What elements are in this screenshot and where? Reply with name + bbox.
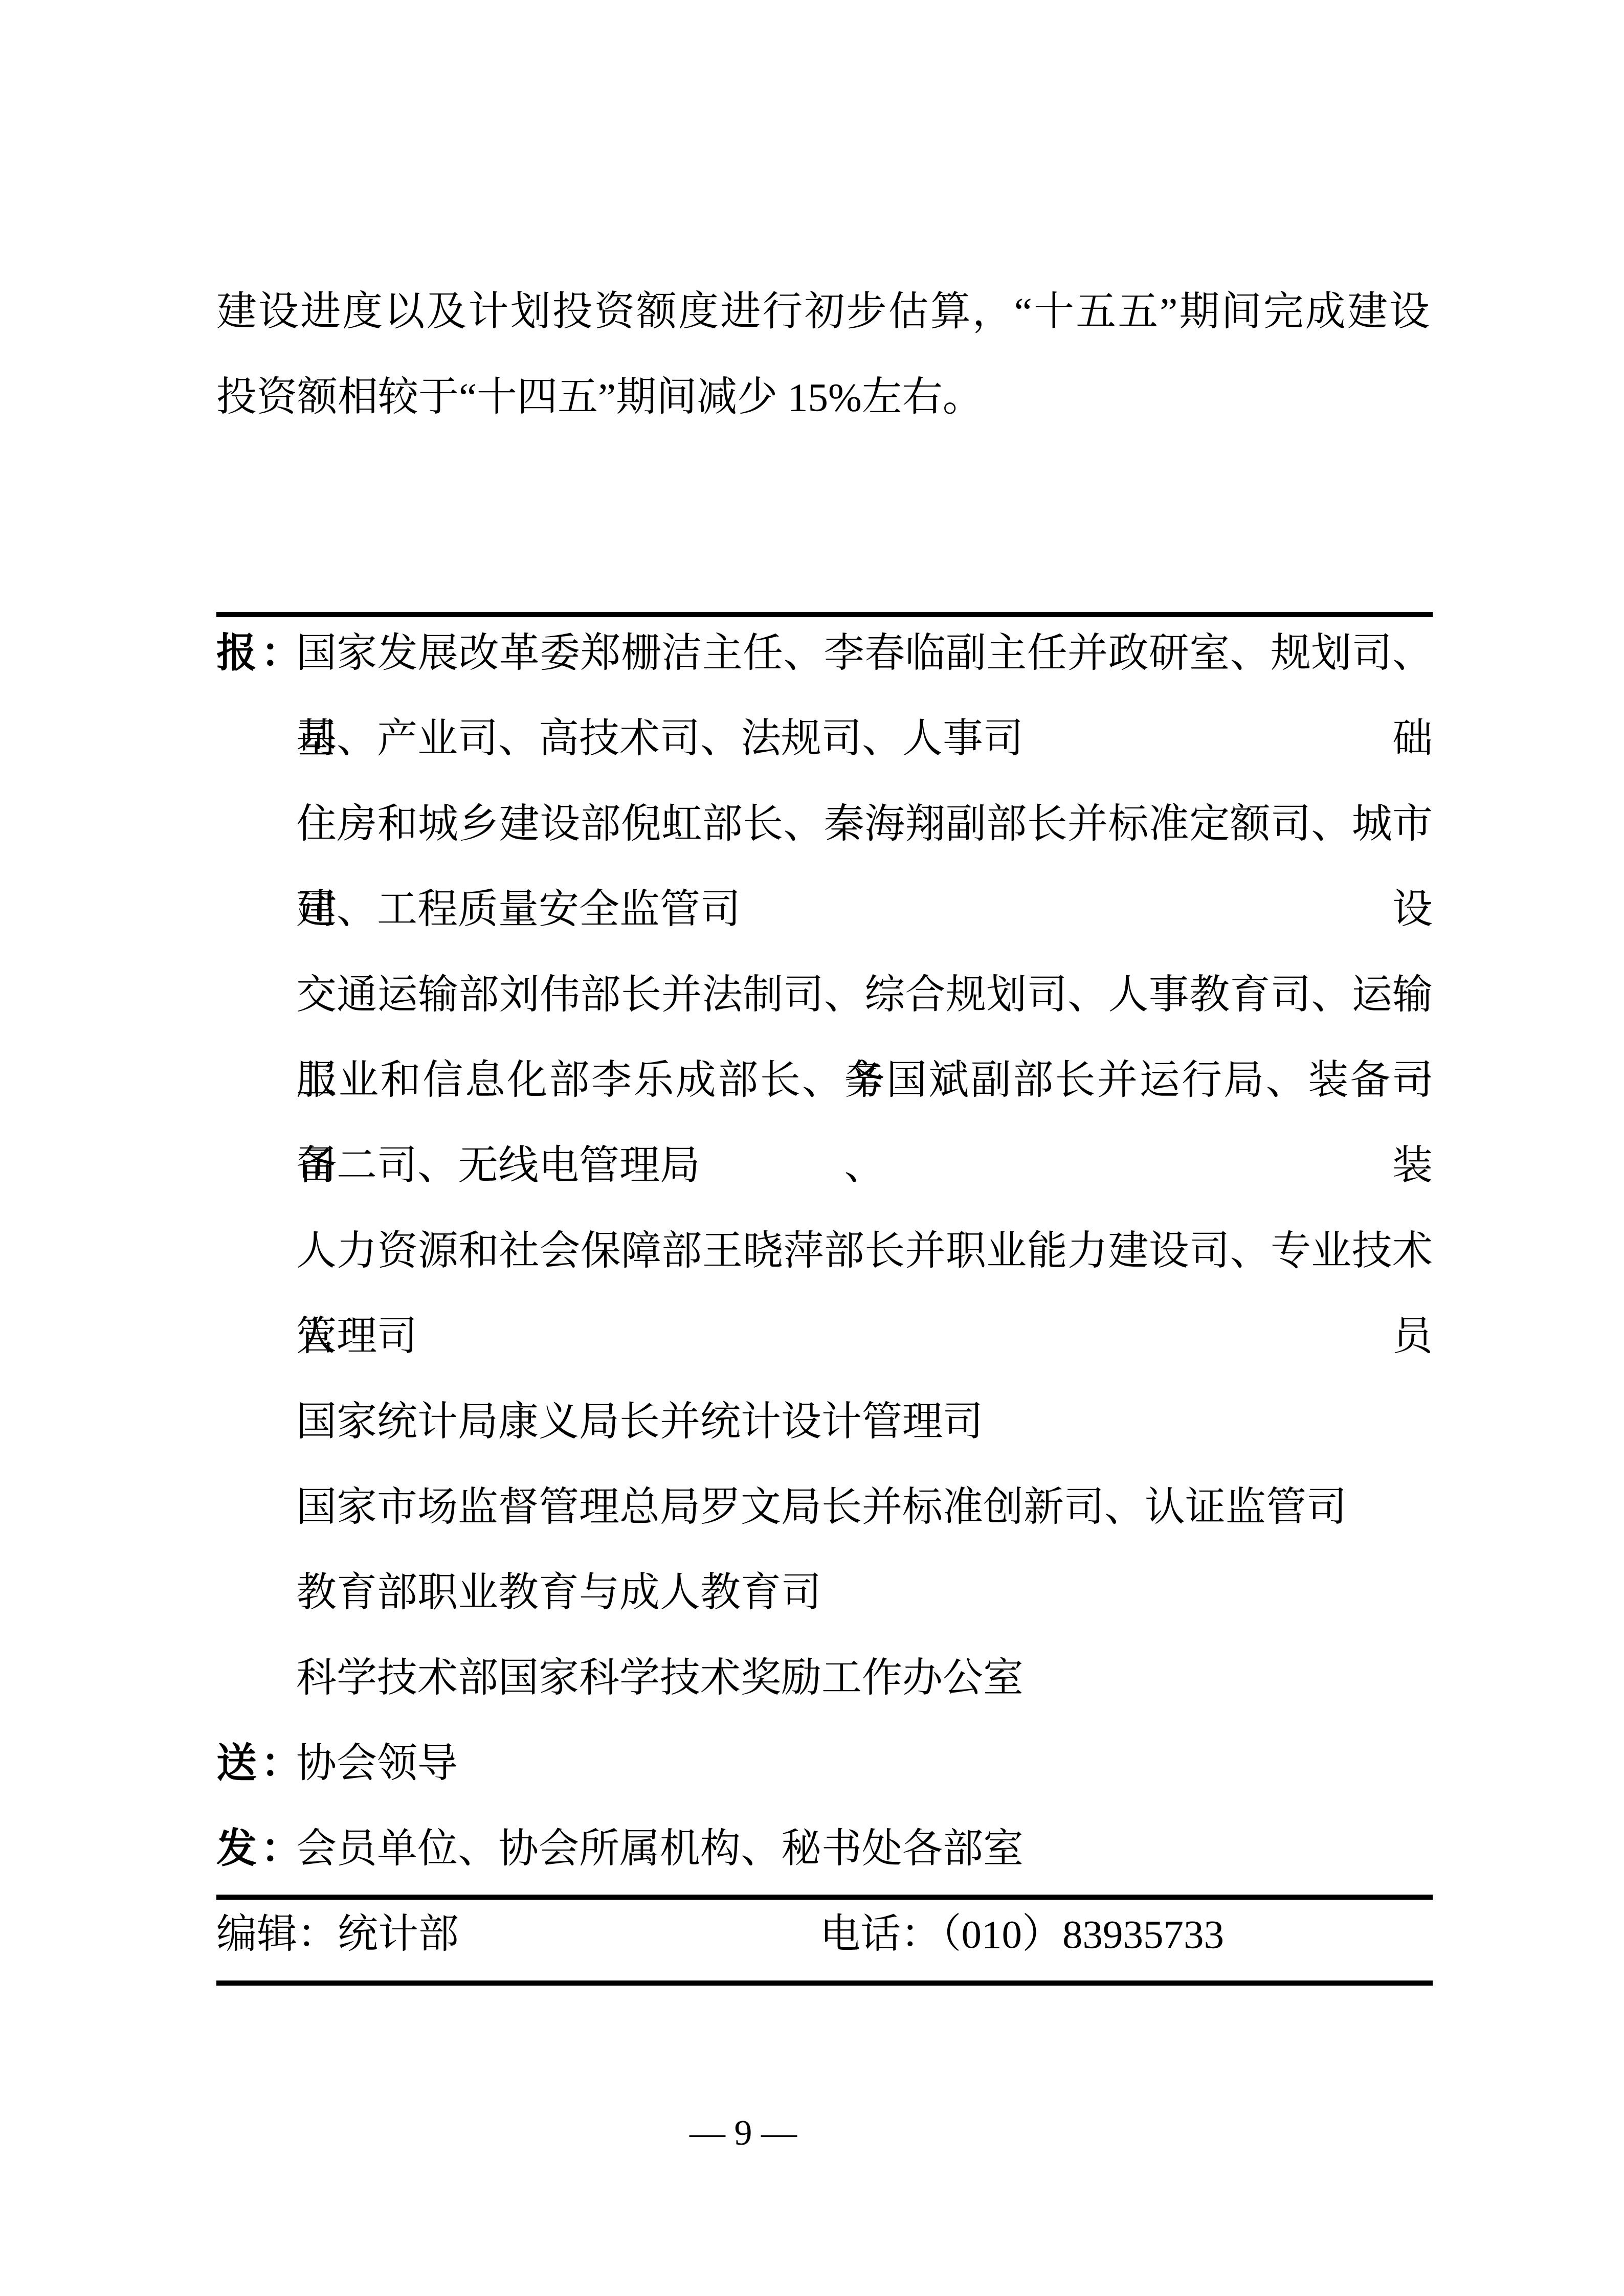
issue-row: 发： 会员单位、协会所属机构、秘书处各部室 xyxy=(216,1807,1433,1892)
issue-label: 发： xyxy=(216,1807,296,1892)
report-line: 人力资源和社会保障部王晓萍部长并职业能力建设司、专业技术人员 xyxy=(296,1209,1433,1294)
body-paragraph: 建设进度以及计划投资额度进行初步估算，“十五五”期间完成建设 投资额相较于“十四… xyxy=(216,269,1430,440)
report-row: 人力资源和社会保障部王晓萍部长并职业能力建设司、专业技术人员 xyxy=(216,1209,1433,1294)
page-number: — 9 — xyxy=(487,2111,999,2156)
report-row: 司、产业司、高技术司、法规司、人事司 xyxy=(216,696,1433,782)
report-row: 科学技术部国家科学技术奖励工作办公室 xyxy=(216,1636,1433,1721)
report-line: 司、产业司、高技术司、法规司、人事司 xyxy=(296,696,1433,782)
report-row: 国家市场监督管理总局罗文局长并标准创新司、认证监管司 xyxy=(216,1465,1433,1550)
issue-line: 会员单位、协会所属机构、秘书处各部室 xyxy=(296,1807,1433,1892)
phone-label: 电话： xyxy=(820,1912,941,1957)
report-row: 工业和信息化部李乐成部长、辛国斌副部长并运行局、装备一司、装 xyxy=(216,1038,1433,1123)
report-line: 教育部职业教育与成人教育司 xyxy=(296,1550,1433,1636)
phone-field: 电话：（010）83935733 xyxy=(820,1892,1433,1977)
report-row: 住房和城乡建设部倪虹部长、秦海翔副部长并标准定额司、城市建设 xyxy=(216,782,1433,867)
report-line: 国家统计局康义局长并统计设计管理司 xyxy=(296,1380,1433,1465)
editor-value: 统计部 xyxy=(338,1912,459,1957)
report-line: 工业和信息化部李乐成部长、辛国斌副部长并运行局、装备一司、装 xyxy=(296,1038,1433,1123)
report-row: 备二司、无线电管理局 xyxy=(216,1123,1433,1209)
footer: 编辑：统计部 电话：（010）83935733 xyxy=(216,1892,1433,1977)
editor-label: 编辑： xyxy=(216,1912,338,1957)
report-line: 住房和城乡建设部倪虹部长、秦海翔副部长并标准定额司、城市建设 xyxy=(296,782,1433,867)
editor-field: 编辑：统计部 xyxy=(216,1892,820,1977)
distribution-block: 报： 国家发展改革委郑栅洁主任、李春临副主任并政研室、规划司、基础 司、产业司、… xyxy=(216,611,1433,1892)
phone-value: （010）83935733 xyxy=(941,1912,1224,1957)
report-line: 司、工程质量安全监管司 xyxy=(296,867,1433,953)
report-row: 报： 国家发展改革委郑栅洁主任、李春临副主任并政研室、规划司、基础 xyxy=(216,611,1433,696)
send-row: 送： 协会领导 xyxy=(216,1721,1433,1807)
report-row: 国家统计局康义局长并统计设计管理司 xyxy=(216,1380,1433,1465)
report-row: 交通运输部刘伟部长并法制司、综合规划司、人事教育司、运输服务司 xyxy=(216,953,1433,1038)
paragraph-line-2: 投资额相较于“十四五”期间减少 15%左右。 xyxy=(216,355,1430,440)
report-line: 管理司 xyxy=(296,1294,1433,1380)
report-line: 国家发展改革委郑栅洁主任、李春临副主任并政研室、规划司、基础 xyxy=(296,611,1433,696)
report-row: 管理司 xyxy=(216,1294,1433,1380)
report-row: 司、工程质量安全监管司 xyxy=(216,867,1433,953)
divider-footer-bottom xyxy=(216,1980,1433,1986)
send-line: 协会领导 xyxy=(296,1721,1433,1807)
report-row: 教育部职业教育与成人教育司 xyxy=(216,1550,1433,1636)
report-line: 交通运输部刘伟部长并法制司、综合规划司、人事教育司、运输服务司 xyxy=(296,953,1433,1038)
send-label: 送： xyxy=(216,1721,296,1807)
report-label: 报： xyxy=(216,611,296,696)
report-line: 国家市场监督管理总局罗文局长并标准创新司、认证监管司 xyxy=(296,1465,1433,1550)
document-page: 建设进度以及计划投资额度进行初步估算，“十五五”期间完成建设 投资额相较于“十四… xyxy=(0,0,1624,2296)
paragraph-line-1: 建设进度以及计划投资额度进行初步估算，“十五五”期间完成建设 xyxy=(216,269,1430,355)
report-line: 科学技术部国家科学技术奖励工作办公室 xyxy=(296,1636,1433,1721)
report-line: 备二司、无线电管理局 xyxy=(296,1123,1433,1209)
